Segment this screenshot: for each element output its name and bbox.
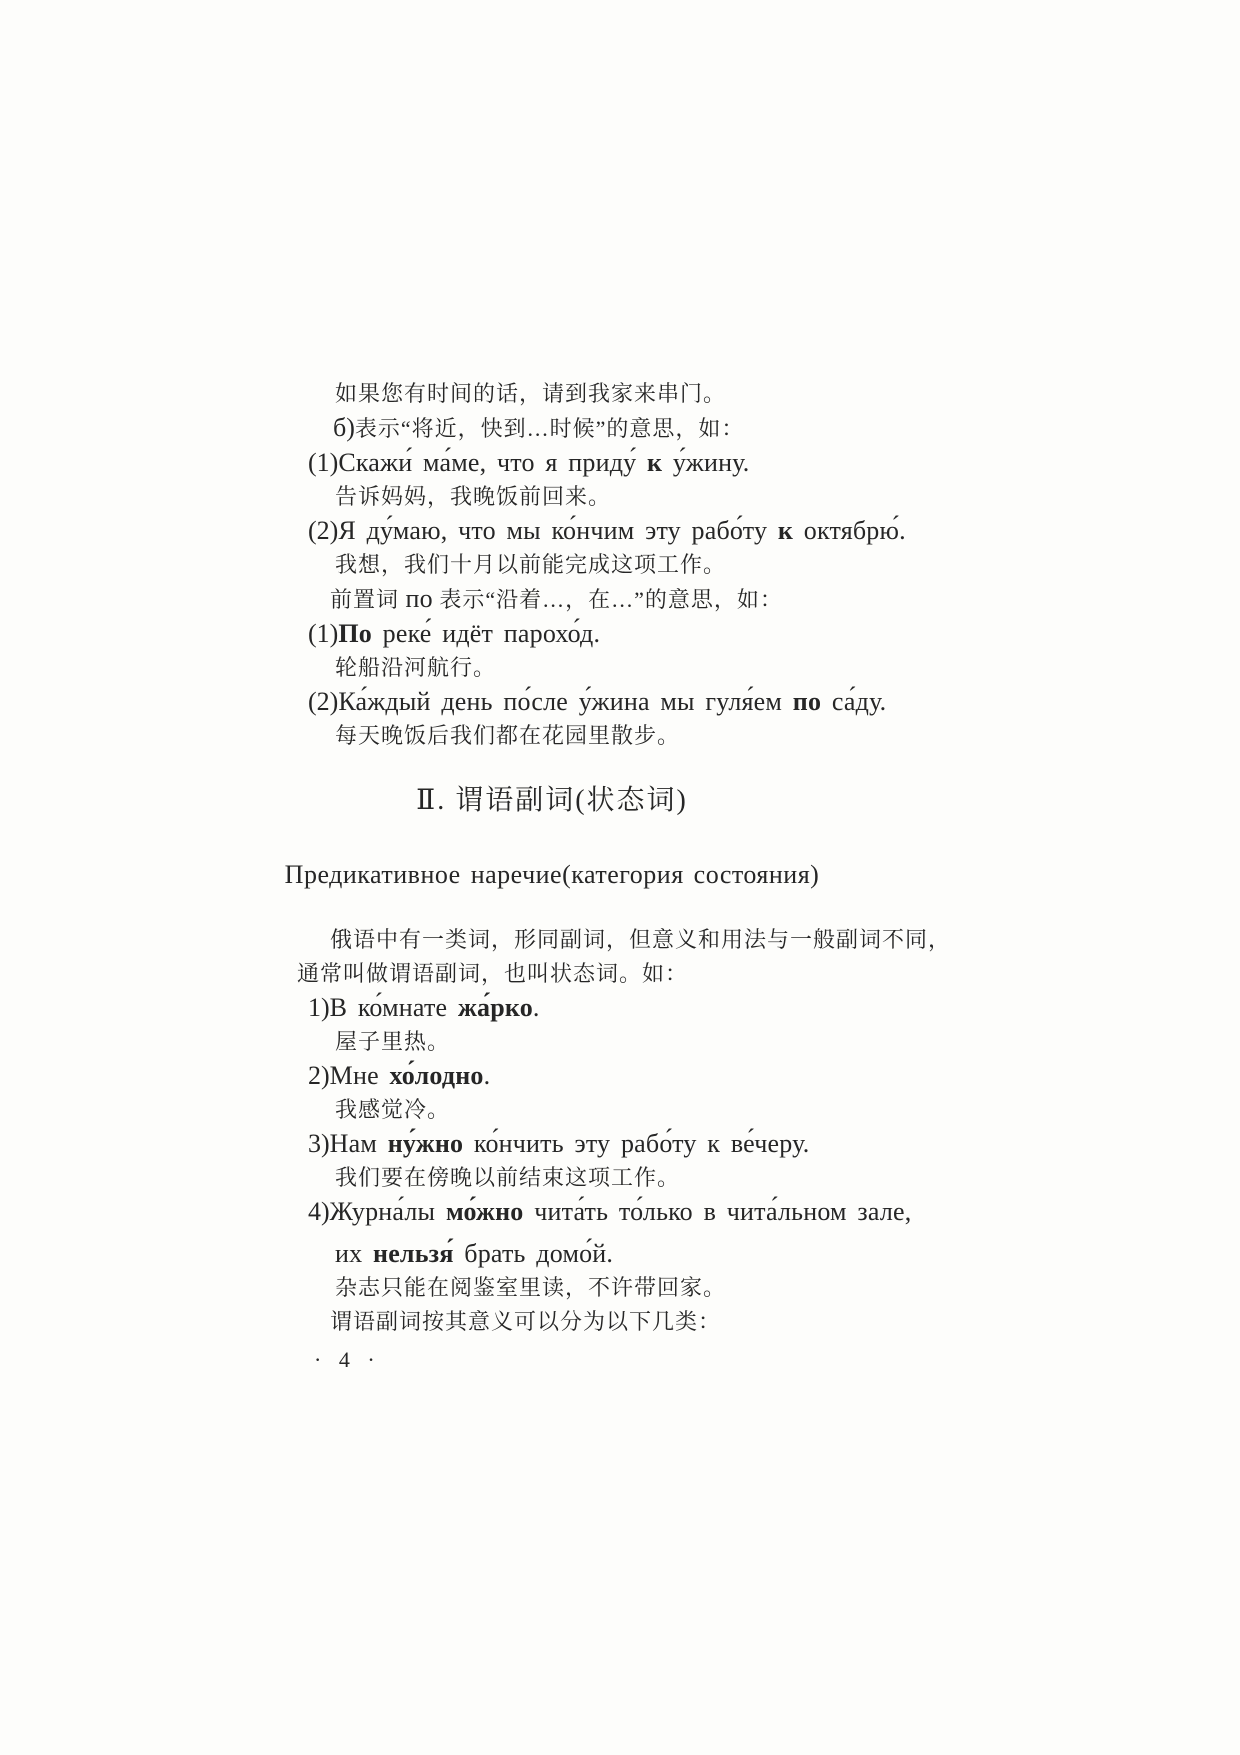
text-segment: брать домо́й. bbox=[454, 1239, 614, 1268]
text-segment: чита́ть то́лько в чита́льном зале, bbox=[524, 1197, 912, 1226]
chinese-translation: 杂志只能在阅鉴室里读，不许带回家。 bbox=[335, 1271, 1240, 1305]
text-segment: октябрю́. bbox=[793, 516, 906, 545]
chinese-translation: 我想，我们十月以前能完成这项工作。 bbox=[335, 548, 1240, 582]
paragraph-continuation: 通常叫做谓语副词，也叫状态词。如： bbox=[297, 957, 1240, 991]
chinese-translation: 每天晚饭后我们都在花园里散步。 bbox=[335, 719, 1240, 753]
chinese-translation: 如果您有时间的话，请到我家来串门。 bbox=[335, 377, 1240, 411]
bold-text: ну́жно bbox=[388, 1129, 463, 1158]
text-segment: их bbox=[335, 1239, 373, 1268]
text-segment: 告诉妈妈，我晚饭前回来。 bbox=[335, 484, 611, 509]
bold-text: хо́лодно bbox=[390, 1061, 484, 1090]
text-segment: . bbox=[533, 993, 540, 1022]
text-segment: 表示“沿着…，在…”的意思，如： bbox=[433, 587, 783, 612]
item-label: 4) bbox=[308, 1197, 330, 1226]
text-segment: В ко́мнате bbox=[330, 993, 458, 1022]
bold-text: к bbox=[778, 516, 793, 545]
paragraph: 谓语副词按其意义可以分为以下几类： bbox=[330, 1305, 1240, 1339]
chinese-translation: 屋子里热。 bbox=[335, 1025, 1240, 1059]
russian-example-continuation: их нельзя́ брать домо́й. bbox=[335, 1237, 1240, 1271]
item-label: 2) bbox=[308, 1061, 330, 1090]
text-segment: са́ду. bbox=[821, 687, 886, 716]
russian-example: (1)По реке́ идёт парохо́д. bbox=[308, 617, 1240, 651]
text-segment: Ка́ждый день по́сле у́жина мы гуля́ем bbox=[338, 687, 792, 716]
text-segment: 如果您有时间的话，请到我家来串门。 bbox=[335, 381, 726, 406]
chinese-translation: 轮船沿河航行。 bbox=[335, 651, 1240, 685]
russian-example: 2)Мне хо́лодно. bbox=[308, 1059, 1240, 1093]
item-label: (1) bbox=[308, 619, 338, 648]
russian-example: (2)Ка́ждый день по́сле у́жина мы гуля́ем… bbox=[308, 685, 1240, 719]
russian-example: 3)Нам ну́жно ко́нчить эту рабо́ту к ве́ч… bbox=[308, 1127, 1240, 1161]
text-segment: Нам bbox=[330, 1129, 388, 1158]
bold-text: жа́рко bbox=[458, 993, 533, 1022]
text-segment: 我们要在傍晚以前结束这项工作。 bbox=[335, 1165, 680, 1190]
text-segment: по bbox=[406, 584, 433, 613]
text-segment: 前置词 bbox=[330, 587, 406, 612]
page-number: · 4 · bbox=[314, 1343, 1240, 1377]
text-segment: 俄语中有一类词，形同副词，但意义和用法与一般副词不同， bbox=[330, 927, 951, 952]
chinese-translation: 告诉妈妈，我晚饭前回来。 bbox=[335, 480, 1240, 514]
text-segment: Предикативное наречие(категория состояни… bbox=[285, 860, 820, 889]
page-content: 如果您有时间的话，请到我家来串门。б)表示“将近，快到…时候”的意思，如：(1)… bbox=[0, 0, 1240, 1377]
chinese-translation: 我感觉冷。 bbox=[335, 1093, 1240, 1127]
paragraph: 前置词 по 表示“沿着…，在…”的意思，如： bbox=[330, 582, 1240, 617]
text-segment: Мне bbox=[330, 1061, 390, 1090]
paragraph: 俄语中有一类词，形同副词，但意义和用法与一般副词不同， bbox=[330, 923, 1240, 957]
item-label: (1) bbox=[308, 448, 338, 477]
bold-text: по bbox=[793, 687, 821, 716]
item-label: 1) bbox=[308, 993, 330, 1022]
bold-text: По bbox=[338, 619, 372, 648]
text-segment: 屋子里热。 bbox=[335, 1029, 450, 1054]
text-segment: 谓语副词按其意义可以分为以下几类： bbox=[330, 1309, 721, 1334]
text-segment: 杂志只能在阅鉴室里读，不许带回家。 bbox=[335, 1275, 726, 1300]
text-segment: Я ду́маю, что мы ко́нчим эту рабо́ту bbox=[338, 516, 778, 545]
text-segment: у́жину. bbox=[662, 448, 749, 477]
text-lines: 如果您有时间的话，请到我家来串门。б)表示“将近，快到…时候”的意思，如：(1)… bbox=[0, 377, 1240, 1339]
text-segment: 我想，我们十月以前能完成这项工作。 bbox=[335, 552, 726, 577]
text-segment: ко́нчить эту рабо́ту к ве́черу. bbox=[463, 1129, 809, 1158]
text-segment: . bbox=[484, 1061, 491, 1090]
text-segment: Скажи́ ма́ме, что я приду́ bbox=[338, 448, 647, 477]
russian-example: (1)Скажи́ ма́ме, что я приду́ к у́жину. bbox=[308, 446, 1240, 480]
text-segment: 轮船沿河航行。 bbox=[335, 655, 496, 680]
item-label: (2) bbox=[308, 516, 338, 545]
item-label: б) bbox=[333, 413, 355, 442]
text-segment: 我感觉冷。 bbox=[335, 1097, 450, 1122]
bold-text: мо́жно bbox=[446, 1197, 524, 1226]
text-segment: Ⅱ. 谓语副词(状态词) bbox=[416, 785, 688, 816]
text-segment: 表示“将近，快到…时候”的意思，如： bbox=[355, 416, 745, 441]
section-heading: Ⅱ. 谓语副词(状态词) bbox=[0, 781, 1104, 821]
text-segment: 通常叫做谓语副词，也叫状态词。如： bbox=[297, 961, 688, 986]
text-segment: реке́ идёт парохо́д. bbox=[372, 619, 600, 648]
text-segment: 每天晚饭后我们都在花园里散步。 bbox=[335, 723, 680, 748]
russian-example: 4)Журна́лы мо́жно чита́ть то́лько в чита… bbox=[308, 1195, 1240, 1229]
chinese-translation: 我们要在傍晚以前结束这项工作。 bbox=[335, 1161, 1240, 1195]
book-page: 如果您有时间的话，请到我家来串门。б)表示“将近，快到…时候”的意思，如：(1)… bbox=[0, 0, 1240, 1755]
item-label: 3) bbox=[308, 1129, 330, 1158]
russian-example: (2)Я ду́маю, что мы ко́нчим эту рабо́ту … bbox=[308, 514, 1240, 548]
russian-example: 1)В ко́мнате жа́рко. bbox=[308, 991, 1240, 1025]
list-item-b: б)表示“将近，快到…时候”的意思，如： bbox=[333, 411, 1240, 446]
bold-text: нельзя́ bbox=[373, 1239, 454, 1268]
text-segment: Журна́лы bbox=[330, 1197, 446, 1226]
bold-text: к bbox=[647, 448, 662, 477]
item-label: (2) bbox=[308, 687, 338, 716]
section-subtitle: Предикативное наречие(категория состояни… bbox=[0, 857, 1104, 893]
